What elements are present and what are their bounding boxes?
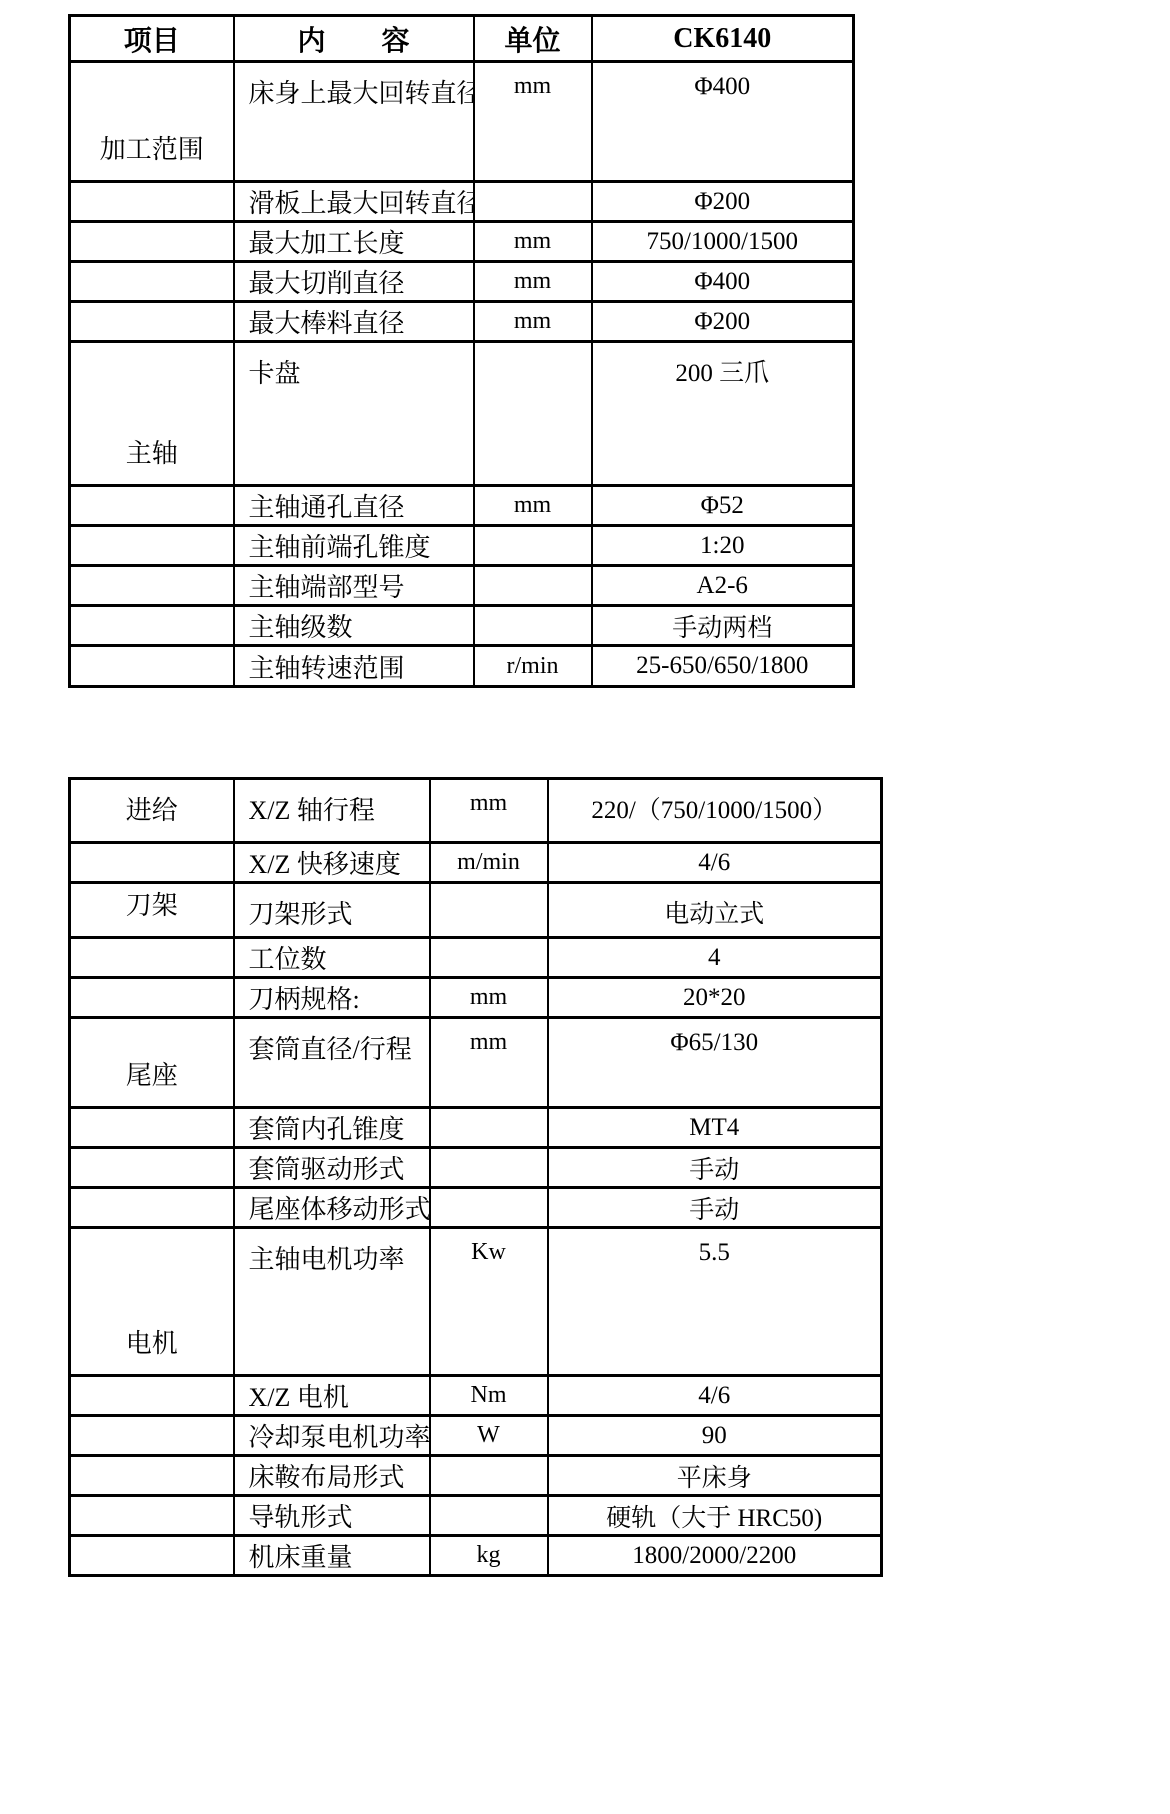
table-row: 主轴转速范围 r/min 25-650/650/1800: [70, 646, 854, 687]
spec-name: X/Z 电机: [234, 1376, 430, 1416]
spec-unit: [430, 1148, 548, 1188]
table-row: 电机 主轴电机功率 Kw 5.5: [70, 1228, 882, 1376]
spec-name: 冷却泵电机功率: [234, 1416, 430, 1456]
spec-unit: Kw: [430, 1228, 548, 1376]
spec-group-label: 进给: [70, 779, 234, 843]
spec-name: 卡盘: [234, 342, 474, 486]
spec-unit: [474, 342, 592, 486]
spec-unit: [474, 182, 592, 222]
spec-unit: [430, 883, 548, 938]
spec-name: 最大棒料直径: [234, 302, 474, 342]
spec-name: 刀柄规格:: [234, 978, 430, 1018]
spec-unit: W: [430, 1416, 548, 1456]
spec-unit: [430, 1496, 548, 1536]
spec-value: Φ65/130: [548, 1018, 882, 1108]
spec-group-cell: [70, 1376, 234, 1416]
table-row: 主轴 卡盘 200 三爪: [70, 342, 854, 486]
spec-group-cell: [70, 1496, 234, 1536]
spec-name: 滑板上最大回转直径: [234, 182, 474, 222]
spec-group-cell: [70, 1188, 234, 1228]
table-row: 机床重量 kg 1800/2000/2200: [70, 1536, 882, 1576]
spec-unit: mm: [430, 1018, 548, 1108]
table-row: 刀架 刀架形式 电动立式: [70, 883, 882, 938]
spec-value: 200 三爪: [592, 342, 854, 486]
spec-name: 主轴级数: [234, 606, 474, 646]
spec-unit: r/min: [474, 646, 592, 687]
header-row: 项目 内 容 单位 CK6140: [70, 16, 854, 62]
spec-name: X/Z 轴行程: [234, 779, 430, 843]
spec-value: 1:20: [592, 526, 854, 566]
spec-value: 5.5: [548, 1228, 882, 1376]
spec-group-label: 加工范围: [70, 62, 234, 182]
spec-name: 最大切削直径: [234, 262, 474, 302]
table-row: 套筒驱动形式 手动: [70, 1148, 882, 1188]
table-row: 最大棒料直径 mm Φ200: [70, 302, 854, 342]
table-row: 冷却泵电机功率 W 90: [70, 1416, 882, 1456]
spec-unit: mm: [474, 62, 592, 182]
column-header-model: CK6140: [592, 16, 854, 62]
spec-group-cell: [70, 646, 234, 687]
spec-unit: [430, 1108, 548, 1148]
spec-unit: mm: [474, 302, 592, 342]
table-row: 滑板上最大回转直径 Φ200: [70, 182, 854, 222]
spec-group-cell: [70, 978, 234, 1018]
spec-group-cell: [70, 938, 234, 978]
table-row: 导轨形式 硬轨（大于 HRC50): [70, 1496, 882, 1536]
spec-group-cell: [70, 843, 234, 883]
spec-name: 床身上最大回转直径: [234, 62, 474, 182]
spec-group-label: 刀架: [70, 883, 234, 938]
spec-value: MT4: [548, 1108, 882, 1148]
table-row: 主轴通孔直径 mm Φ52: [70, 486, 854, 526]
spec-value: Φ200: [592, 302, 854, 342]
spec-group-cell: [70, 1456, 234, 1496]
spec-name: 机床重量: [234, 1536, 430, 1576]
spec-value: 4/6: [548, 1376, 882, 1416]
column-header-item: 项目: [70, 16, 234, 62]
spec-value: 750/1000/1500: [592, 222, 854, 262]
spec-unit: [474, 606, 592, 646]
table-row: 床鞍布局形式 平床身: [70, 1456, 882, 1496]
spec-group-cell: [70, 1108, 234, 1148]
spec-value: 平床身: [548, 1456, 882, 1496]
spec-group-cell: [70, 566, 234, 606]
spec-unit: mm: [430, 978, 548, 1018]
spec-value: 硬轨（大于 HRC50): [548, 1496, 882, 1536]
spec-group-cell: [70, 182, 234, 222]
spec-name: 主轴端部型号: [234, 566, 474, 606]
spec-name: 床鞍布局形式: [234, 1456, 430, 1496]
spec-value: 手动: [548, 1188, 882, 1228]
spec-value: 25-650/650/1800: [592, 646, 854, 687]
spec-name: 主轴通孔直径: [234, 486, 474, 526]
spec-value: 220/（750/1000/1500）: [548, 779, 882, 843]
spec-table-lower: 进给 X/Z 轴行程 mm 220/（750/1000/1500） X/Z 快移…: [68, 777, 883, 1577]
spec-table-upper: 项目 内 容 单位 CK6140 加工范围 床身上最大回转直径 mm Φ400 …: [68, 14, 855, 688]
spec-value: 4/6: [548, 843, 882, 883]
spec-group-label: 电机: [70, 1228, 234, 1376]
spec-unit: mm: [430, 779, 548, 843]
spec-group-cell: [70, 1536, 234, 1576]
table-row: X/Z 电机 Nm 4/6: [70, 1376, 882, 1416]
spec-unit: mm: [474, 262, 592, 302]
table-row: 主轴级数 手动两档: [70, 606, 854, 646]
spec-value: 20*20: [548, 978, 882, 1018]
spec-group-cell: [70, 1148, 234, 1188]
spec-group-cell: [70, 1416, 234, 1456]
spec-name: 套筒驱动形式: [234, 1148, 430, 1188]
table-row: 套筒内孔锥度 MT4: [70, 1108, 882, 1148]
spec-group-cell: [70, 262, 234, 302]
spec-group-cell: [70, 486, 234, 526]
spec-group-label: 尾座: [70, 1018, 234, 1108]
spec-value: Φ400: [592, 62, 854, 182]
spec-name: 导轨形式: [234, 1496, 430, 1536]
spec-unit: [430, 938, 548, 978]
column-header-unit: 单位: [474, 16, 592, 62]
spec-unit: mm: [474, 222, 592, 262]
spec-name: 刀架形式: [234, 883, 430, 938]
table-row: 主轴前端孔锥度 1:20: [70, 526, 854, 566]
spec-unit: kg: [430, 1536, 548, 1576]
table-row: 最大加工长度 mm 750/1000/1500: [70, 222, 854, 262]
spec-value: A2-6: [592, 566, 854, 606]
spec-unit: m/min: [430, 843, 548, 883]
spec-unit: [430, 1188, 548, 1228]
spec-name: 工位数: [234, 938, 430, 978]
table-row: 工位数 4: [70, 938, 882, 978]
spec-group-label: 主轴: [70, 342, 234, 486]
column-header-content: 内 容: [234, 16, 474, 62]
spec-value: 电动立式: [548, 883, 882, 938]
spec-group-cell: [70, 606, 234, 646]
table-row: 最大切削直径 mm Φ400: [70, 262, 854, 302]
spec-name: 主轴转速范围: [234, 646, 474, 687]
spec-value: 90: [548, 1416, 882, 1456]
table-row: 刀柄规格: mm 20*20: [70, 978, 882, 1018]
spec-group-cell: [70, 526, 234, 566]
spec-name: 最大加工长度: [234, 222, 474, 262]
spec-name: 尾座体移动形式: [234, 1188, 430, 1228]
table-row: X/Z 快移速度 m/min 4/6: [70, 843, 882, 883]
spec-unit: [474, 566, 592, 606]
table-row: 尾座 套筒直径/行程 mm Φ65/130: [70, 1018, 882, 1108]
spec-name: 主轴前端孔锥度: [234, 526, 474, 566]
spec-name: X/Z 快移速度: [234, 843, 430, 883]
spec-unit: [474, 526, 592, 566]
table-row: 尾座体移动形式 手动: [70, 1188, 882, 1228]
spec-unit: [430, 1456, 548, 1496]
spec-value: 4: [548, 938, 882, 978]
spec-name: 套筒直径/行程: [234, 1018, 430, 1108]
spec-name: 主轴电机功率: [234, 1228, 430, 1376]
spec-unit: Nm: [430, 1376, 548, 1416]
spec-value: Φ52: [592, 486, 854, 526]
spec-name: 套筒内孔锥度: [234, 1108, 430, 1148]
table-row: 进给 X/Z 轴行程 mm 220/（750/1000/1500）: [70, 779, 882, 843]
spec-value: 1800/2000/2200: [548, 1536, 882, 1576]
spec-value: Φ400: [592, 262, 854, 302]
spec-group-cell: [70, 302, 234, 342]
spec-group-cell: [70, 222, 234, 262]
table-row: 加工范围 床身上最大回转直径 mm Φ400: [70, 62, 854, 182]
table-row: 主轴端部型号 A2-6: [70, 566, 854, 606]
spec-value: 手动两档: [592, 606, 854, 646]
spec-unit: mm: [474, 486, 592, 526]
spec-value: Φ200: [592, 182, 854, 222]
spec-value: 手动: [548, 1148, 882, 1188]
